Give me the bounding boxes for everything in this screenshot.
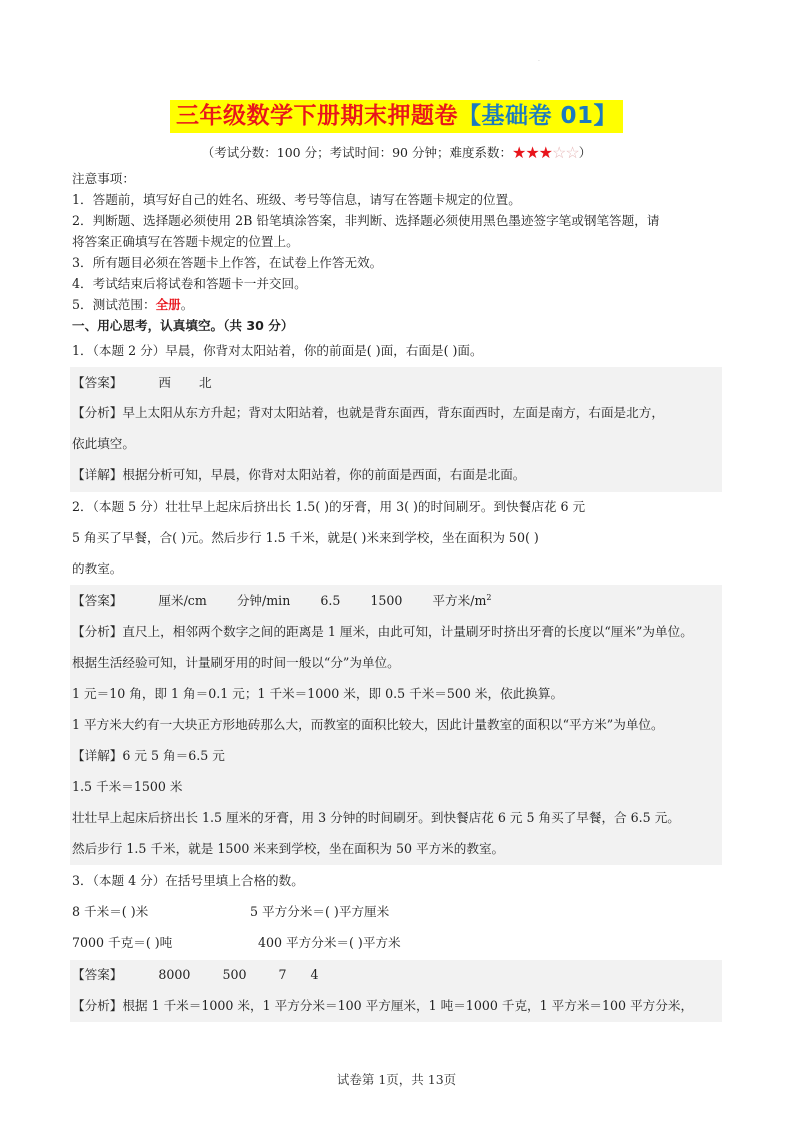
title-tag: 【基础卷 01】: [458, 103, 617, 129]
answer-value: 厘米/cm: [158, 593, 206, 608]
page-footer: 试卷第 1页，共 13页: [0, 1070, 793, 1088]
answer-value: 8000: [158, 967, 190, 982]
title-main: 三年级数学下册期末押题卷: [176, 103, 458, 129]
scope-end: 。: [181, 297, 194, 312]
analysis-label: 【分析】: [72, 624, 122, 639]
question-1-answer: 【答案】西北: [72, 373, 724, 393]
superscript-2: 2: [486, 593, 491, 602]
detail-text: 6 元 5 角＝6.5 元: [122, 748, 224, 763]
scope-value: 全册: [156, 297, 181, 312]
star-empty-icon: ☆☆: [552, 143, 579, 162]
question-1-analysis-cont: 依此填空。: [72, 434, 724, 454]
question-3-answer: 【答案】800050074: [72, 965, 724, 985]
exam-page: · 三年级数学下册期末押题卷【基础卷 01】 （考试分数：100 分；考试时间：…: [0, 0, 793, 1122]
answer-label: 【答案】: [72, 593, 122, 608]
answer-label: 【答案】: [72, 375, 122, 390]
difficulty-rating: ★★★☆☆: [512, 144, 579, 163]
analysis-text: 早上太阳从东方升起；背对太阳站着，也就是背东面西，背东面西时，左面是南方，右面是…: [122, 405, 664, 420]
question-1-stem: 1．（本题 2 分）早晨，你背对太阳站着，你的前面是( )面，右面是( )面。: [72, 341, 724, 361]
blank-item: 400 平方分米＝( )平方米: [258, 935, 401, 950]
analysis-text: 直尺上，相邻两个数字之间的距离是 1 厘米，由此可知，计量刷牙时挤出牙膏的长度以…: [122, 624, 692, 639]
question-3-row-1: 8 千米＝( )米5 平方分米＝( )平方厘米: [72, 902, 724, 922]
detail-label: 【详解】: [72, 467, 122, 482]
blank-item: 7000 千克＝( )吨: [72, 933, 258, 953]
answer-value: 7: [278, 967, 286, 982]
question-2-analysis: 【分析】直尺上，相邻两个数字之间的距离是 1 厘米，由此可知，计量刷牙时挤出牙膏…: [72, 622, 724, 642]
answer-label: 【答案】: [72, 967, 122, 982]
detail-text: 壮壮早上起床后挤出长 1.5 厘米的牙膏，用 3 分钟的时间刷牙。到快餐店花 6…: [72, 808, 724, 828]
detail-label: 【详解】: [72, 748, 122, 763]
exam-info: （考试分数：100 分；考试时间：90 分钟；难度系数：★★★☆☆）: [0, 144, 793, 163]
answer-value: 分钟/min: [237, 593, 291, 608]
question-2-answer: 【答案】厘米/cm分钟/min6.51500平方米/m2: [72, 591, 724, 611]
scan-artifact-dot: ·: [538, 59, 541, 62]
blank-item: 8 千米＝( )米: [72, 902, 250, 922]
question-2-stem-cont: 5 角买了早餐，合( )元。然后步行 1.5 千米，就是( )米来到学校，坐在面…: [72, 528, 724, 548]
question-2-stem: 2．（本题 5 分）壮壮早上起床后挤出长 1.5( )的牙膏，用 3( )的时间…: [72, 497, 724, 517]
answer-value: 平方米/m: [432, 593, 486, 608]
notes-heading: 注意事项：: [72, 169, 724, 189]
answer-value: 500: [222, 967, 246, 982]
note-scope: 5．测试范围：全册。: [72, 295, 724, 315]
answer-value: 4: [311, 967, 319, 982]
analysis-text: 1 平方米大约有一大块正方形地砖那么大，而教室的面积比较大，因此计量教室的面积以…: [72, 715, 724, 735]
question-1-analysis: 【分析】早上太阳从东方升起；背对太阳站着，也就是背东面西，背东面西时，左面是南方…: [72, 403, 724, 423]
exam-info-suffix: ）: [579, 145, 592, 160]
analysis-label: 【分析】: [72, 405, 122, 420]
title-wrap: 三年级数学下册期末押题卷【基础卷 01】: [0, 100, 793, 133]
question-2-detail: 【详解】6 元 5 角＝6.5 元: [72, 746, 724, 766]
note-item: 3．所有题目必须在答题卡上作答，在试卷上作答无效。: [72, 253, 724, 273]
star-filled-icon: ★★★: [512, 143, 552, 162]
detail-text: 1.5 千米＝1500 米: [72, 777, 724, 797]
exam-title: 三年级数学下册期末押题卷【基础卷 01】: [170, 100, 623, 133]
question-3-stem: 3．（本题 4 分）在括号里填上合格的数。: [72, 871, 724, 891]
answer-value: 6.5: [320, 593, 340, 608]
detail-text: 然后步行 1.5 千米，就是 1500 米来到学校，坐在面积为 50 平方米的教…: [72, 839, 724, 859]
blank-item: 5 平方分米＝( )平方厘米: [250, 904, 389, 919]
analysis-text: 根据生活经验可知，计量刷牙用的时间一般以“分”为单位。: [72, 653, 724, 673]
question-1-detail: 【详解】根据分析可知，早晨，你背对太阳站着，你的前面是西面，右面是北面。: [72, 465, 724, 485]
analysis-text: 根据 1 千米＝1000 米，1 平方分米＝100 平方厘米，1 吨＝1000 …: [122, 998, 693, 1013]
scope-label: 5．测试范围：: [72, 297, 156, 312]
note-item: 4．考试结束后将试卷和答题卡一并交回。: [72, 274, 724, 294]
analysis-label: 【分析】: [72, 998, 122, 1013]
note-item: 将答案正确填写在答题卡规定的位置上。: [72, 232, 724, 252]
exam-info-text: （考试分数：100 分；考试时间：90 分钟；难度系数：: [202, 145, 512, 160]
detail-text: 根据分析可知，早晨，你背对太阳站着，你的前面是西面，右面是北面。: [122, 467, 525, 482]
note-item: 2．判断题、选择题必须使用 2B 铅笔填涂答案，非判断、选择题必须使用黑色墨迹签…: [72, 211, 724, 231]
answer-value: 西: [158, 375, 171, 390]
question-3-row-2: 7000 千克＝( )吨400 平方分米＝( )平方米: [72, 933, 724, 953]
answer-value: 1500: [370, 593, 402, 608]
note-item: 1．答题前，填写好自己的姓名、班级、考号等信息，请写在答题卡规定的位置。: [72, 190, 724, 210]
analysis-text: 1 元＝10 角，即 1 角＝0.1 元；1 千米＝1000 米，即 0.5 千…: [72, 684, 724, 704]
answer-value: 北: [199, 375, 212, 390]
question-3-analysis: 【分析】根据 1 千米＝1000 米，1 平方分米＝100 平方厘米，1 吨＝1…: [72, 996, 724, 1016]
question-2-stem-end: 的教室。: [72, 559, 724, 579]
section-heading: 一、用心思考，认真填空。（共 30 分）: [72, 316, 724, 336]
